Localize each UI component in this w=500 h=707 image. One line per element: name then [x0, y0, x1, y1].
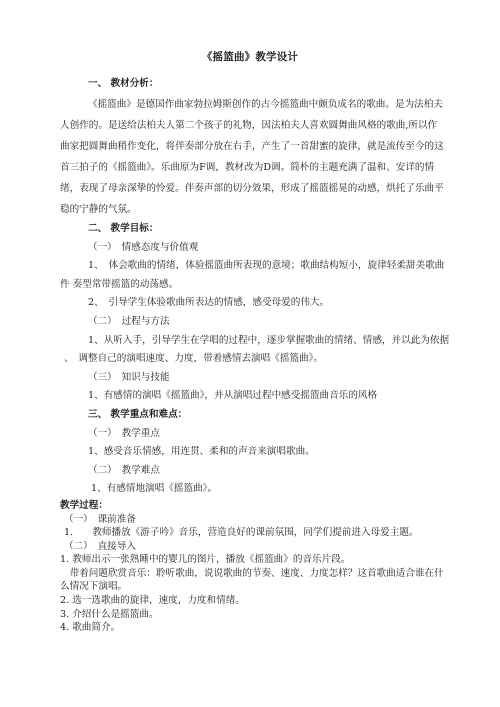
document-title: 《摇篮曲》教学设计 [0, 0, 500, 64]
doc-line: 1、 体会歌曲的情绪，体验摇篮曲所表现的意境；歌曲结构短小，旋律轻柔甜美歌曲 [60, 257, 445, 276]
doc-line: 带着问题欣赏音乐：聆听歌曲，说说歌曲的节奏、速度、力度怎样？这首歌曲适合谁在什 [60, 567, 445, 581]
document-page: 《摇篮曲》教学设计 一、 教材分析：《摇篮曲》是德国作曲家勃拉姆斯创作的古今摇篮… [0, 0, 500, 707]
doc-line: 1、感受音乐情感，用连贯、柔和的声音来演唱歌曲。 [60, 443, 445, 462]
doc-line: 3. 介绍什么是摇篮曲。 [60, 608, 445, 622]
section-teaching-process: 教学过程：（一） 课前准备1. 教师播放《游子吟》音乐，营造良好的课前氛围，同学… [0, 499, 500, 635]
doc-line: （二） 直接导入 [60, 540, 445, 554]
doc-line: 二、 教学目标： [60, 220, 445, 239]
section-material-analysis: 一、 教材分析：《摇篮曲》是德国作曲家勃拉姆斯创作的古今摇篮曲中颇负成名的歌曲。… [0, 73, 500, 220]
doc-line: 曲家把圆舞曲稍作变化，将伴奏部分放在右手，产生了一首甜蜜的旋律，就是流传至今的这 [60, 136, 445, 157]
doc-line: 人创作的。是送给法柏夫人第二个孩子的礼物，因法柏夫人喜欢圆舞曲风格的歌曲,所以作 [60, 115, 445, 136]
doc-line: （二） 过程与方法 [60, 313, 445, 332]
doc-line: 一、 教材分析： [60, 73, 445, 94]
doc-line: （二） 教学难点 [60, 462, 445, 481]
doc-line: 1. 教师出示一张熟睡中的婴儿的图片，播放《摇篮曲》的音乐片段。 [60, 553, 445, 567]
section-teaching-goals: 二、 教学目标：（一） 情感态度与价值观1、 体会歌曲的情绪，体验摇篮曲所表现的… [0, 220, 500, 499]
doc-line: （三） 知识与技能 [60, 369, 445, 388]
doc-line: 2、 引导学生体验歌曲所表达的情感，感受母爱的伟大。 [60, 294, 445, 313]
doc-line: 稳的宁静的气氛。 [60, 199, 445, 220]
doc-line: 三、 教学重点和难点： [60, 406, 445, 425]
doc-line: （一） 课前准备 [60, 513, 445, 527]
doc-line: 教学过程： [60, 499, 445, 513]
doc-line: 首三拍子的《摇篮曲》。乐曲原为F调，教材改为D调。简朴的主题充满了温和、安详的情 [60, 157, 445, 178]
doc-line: （一） 情感态度与价值观 [60, 239, 445, 258]
doc-line: 《摇篮曲》是德国作曲家勃拉姆斯创作的古今摇篮曲中颇负成名的歌曲。是为法柏夫 [60, 94, 445, 115]
doc-line: 4. 歌曲简介。 [60, 621, 445, 635]
doc-line: 绪，表现了母亲深挚的怜爱。伴奏声部的切分效果，形成了摇篮摇晃的动感，烘托了乐曲平 [60, 178, 445, 199]
doc-line: 么情况下演唱。 [60, 580, 445, 594]
doc-line: 、 调整自己的演唱速度、力度，带着感情去演唱《摇篮曲》。 [60, 350, 445, 369]
doc-line: 1、有感情的演唱《摇篮曲》，并从演唱过程中感受摇篮曲音乐的风格 [60, 387, 445, 406]
doc-line: 1、从听入手，引导学生在学唱的过程中，逐步掌握歌曲的情绪、情感，并以此为依据 [60, 332, 445, 351]
doc-line: 件 奏型常带摇篮的动荡感。 [60, 276, 445, 295]
doc-line: 1、有感情地演唱《摇篮曲》。 [60, 480, 445, 499]
doc-line: （一） 教学重点 [60, 425, 445, 444]
doc-line: 1. 教师播放《游子吟》音乐，营造良好的课前氛围，同学们提前进入母爱主题。 [60, 526, 445, 540]
doc-line: 2. 选一选歌曲的旋律，速度，力度和情绪。 [60, 594, 445, 608]
